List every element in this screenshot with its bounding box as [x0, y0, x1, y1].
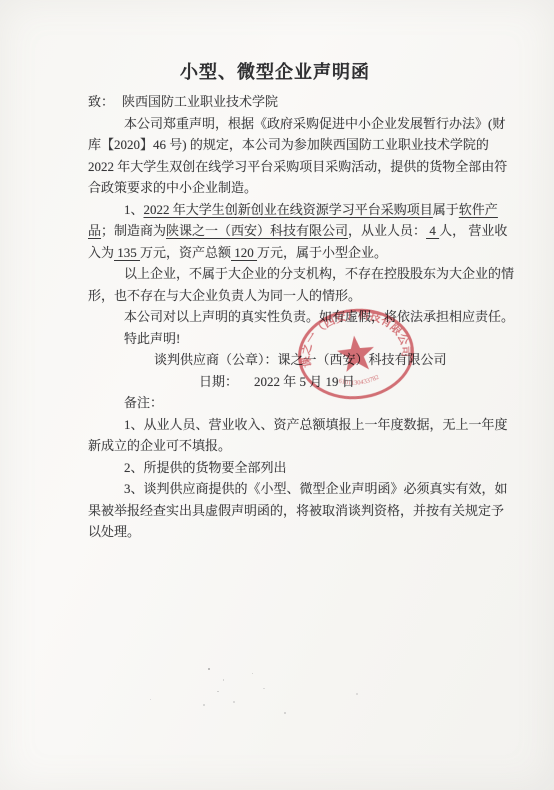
- item1-text: ；制造商为: [101, 223, 166, 238]
- paragraph-responsibility: 本公司对以上声明的真实性负责。如有虚假，将依法承担相应责任。: [88, 306, 514, 328]
- document-body: 小型、微型企业声明函 致：陕西国防工业职业技术学院 本公司郑重声明，根据《政府采…: [88, 58, 514, 543]
- staff-count-underlined: 4: [426, 223, 439, 238]
- supplier-company-name: 课之一（西安）科技有限公司: [278, 352, 447, 367]
- item1-text: 万元，属于小型企业。: [257, 245, 387, 260]
- item1-text: ，从业人员：: [348, 223, 426, 238]
- paragraph-declaration: 特此声明!: [88, 328, 514, 350]
- note-item-1: 1、从业人员、营业收入、资产总额填报上一年度数据，无上一年度新成立的企业可不填报…: [88, 414, 514, 457]
- date-line: 日期：2022 年 5 月 19 日: [88, 371, 514, 393]
- notes-header: 备注：: [88, 392, 514, 414]
- document-title: 小型、微型企业声明函: [36, 58, 514, 86]
- supplier-signature-line: 谈判供应商（公章）：课之一（西安）科技有限公司: [88, 349, 514, 371]
- assets-underlined: 120: [231, 245, 257, 260]
- addressee-line: 致：陕西国防工业职业技术学院: [88, 91, 514, 113]
- item1-text: 属于: [433, 202, 459, 217]
- item1-text: 万元，资产总额: [140, 245, 231, 260]
- supplier-label: 谈判供应商（公章）：: [154, 352, 278, 367]
- project-name-underlined: 2022 年大学生创新创业在线资源学习平台采购项目: [144, 202, 433, 217]
- addressee-value: 陕西国防工业职业技术学院: [122, 94, 278, 109]
- revenue-underlined: 135: [114, 245, 140, 260]
- note-item-2: 2、所提供的货物要全部列出: [88, 457, 514, 479]
- paragraph-enterprise-status: 以上企业，不属于大企业的分支机构，不存在控股股东为大企业的情形，也不存在与大企业…: [88, 263, 514, 306]
- manufacturer-underlined: 陕课之一（西安）科技有限公司: [166, 223, 348, 238]
- scanned-declaration-page: 小型、微型企业声明函 致：陕西国防工业职业技术学院 本公司郑重声明，根据《政府采…: [0, 0, 554, 790]
- addressee-label: 致：: [88, 94, 114, 109]
- note-item-3: 3、谈判供应商提供的《小型、微型企业声明函》必须真实有效，如果被举报经查实出具虚…: [88, 478, 514, 543]
- item1-number: 1、: [124, 202, 144, 217]
- date-value: 2022 年 5 月 19 日: [254, 374, 355, 389]
- paragraph-item-1: 1、2022 年大学生创新创业在线资源学习平台采购项目属于软件产品；制造商为陕课…: [88, 199, 514, 264]
- date-label: 日期：: [199, 374, 238, 389]
- paragraph-intro: 本公司郑重声明，根据《政府采购促进中小企业发展暂行办法》(财库【2020】46 …: [88, 113, 514, 199]
